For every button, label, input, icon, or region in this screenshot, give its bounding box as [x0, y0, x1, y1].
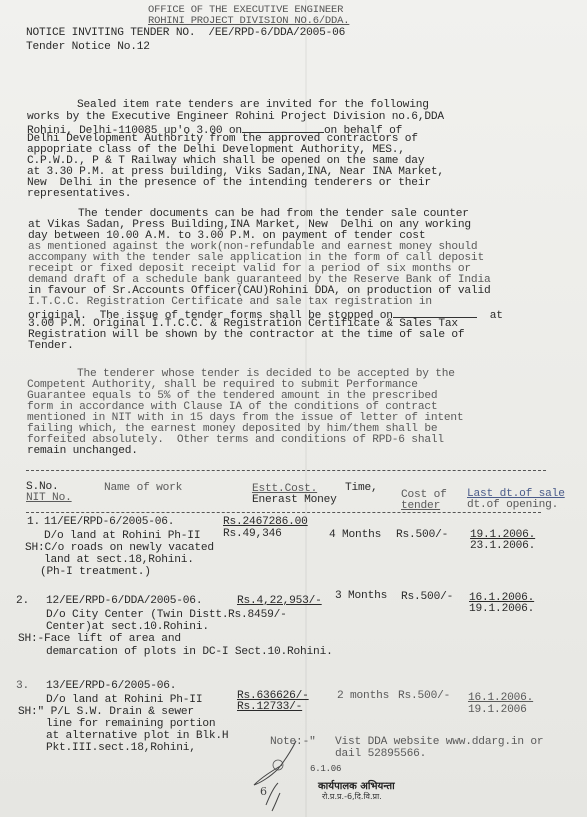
- row-time: 4 Months: [329, 530, 381, 542]
- p1-line: Sealed item rate tenders are invited for…: [77, 100, 429, 112]
- row-earnest-money: Rs.12733/-: [237, 702, 302, 714]
- row-nit-no: 13/EE/RPD-6/2005-06.: [46, 681, 176, 693]
- row-sno: 1.: [27, 517, 40, 529]
- date-blank: [393, 308, 477, 318]
- table-top-rule: [26, 470, 546, 471]
- p2-line: I.T.C.C. Registration Certificate and sa…: [28, 297, 432, 309]
- row-earnest-money: Rs.49,346: [223, 529, 282, 541]
- note-line: dail 52895566.: [335, 749, 426, 761]
- row-work-line: SH:-Face lift of area and: [18, 634, 181, 646]
- nit-number: NOTICE INVITING TENDER NO. /EE/RPD-6/DDA…: [26, 28, 345, 40]
- p1-line: works by the Executive Engineer Rohini P…: [27, 112, 444, 124]
- header-name-of-work: Name of work: [104, 483, 182, 495]
- row-work-line: land at sect.18,Rohini.: [44, 555, 194, 567]
- stamp-title: कार्यपालक अभियन्ता: [318, 778, 395, 792]
- row-work-line: demarcation of plots in DC-I Sect.10.Roh…: [46, 647, 333, 659]
- row-nit-no: 11/EE/RPD-6/2005-06.: [44, 517, 174, 529]
- header-nit-no: NIT No.: [26, 493, 72, 505]
- p2-line-text: at: [490, 310, 503, 322]
- row-earnest-money: Rs.8459/-: [228, 610, 287, 622]
- row-work-line: at alternative plot in Blk.H: [46, 731, 228, 743]
- row-time: 3 Months: [335, 591, 387, 603]
- row-work-line: Center)at sect.10.Rohini.: [46, 622, 209, 634]
- row-work-line: line for remaining portion: [46, 719, 215, 731]
- row-date-opening: 19.1.2006: [468, 705, 527, 717]
- row-work-line: SH:" P/L S.W. Drain & sewer: [18, 707, 194, 719]
- row-work-line: (Ph-I treatment.): [40, 567, 151, 579]
- division-title: ROHINI PROJECT DIVISION NO.6/DDA.: [148, 16, 349, 28]
- row-work-line: D/o land at Rohini Ph-II: [46, 695, 202, 707]
- header-date-opening: dt.of opening.: [467, 500, 558, 512]
- row-nit-no: 12/EE/RPD-6/DDA/2005-06.: [46, 596, 202, 608]
- p2-line: Tender.: [28, 341, 74, 353]
- signature-icon: 6: [248, 737, 328, 815]
- tender-notice-number: Tender Notice No.12: [26, 42, 150, 54]
- row-sno: 2.: [16, 596, 29, 608]
- row-last-date-sale: 16.1.2006.: [468, 693, 533, 705]
- handwritten-date-text: 6.1.06: [310, 764, 341, 776]
- row-sno: 3.: [16, 681, 29, 693]
- row-date-opening: 19.1.2006.: [469, 604, 534, 616]
- row-work-line: D/o land at Rohini Ph-II: [44, 531, 200, 543]
- header-earnest-money: Enerast Money: [252, 495, 337, 507]
- row-time: 2 months: [337, 691, 389, 703]
- row-cost-of-tender: Rs.500/-: [398, 691, 450, 703]
- row-cost-of-tender: Rs.500/-: [401, 592, 453, 604]
- note-line: Vist DDA website www.ddarg.in or: [335, 737, 543, 749]
- row-estt-cost: Rs.4,22,953/-: [237, 596, 322, 608]
- row-work-line: D/o City Center (Twin Distt.: [46, 610, 228, 622]
- table-header-rule: [26, 512, 541, 513]
- header-cost-of-tender-2: tender: [401, 501, 440, 513]
- row-work-line: Pkt.III.sect.18,Rohini,: [46, 743, 196, 755]
- p2-line: Registration will be shown by the contra…: [28, 330, 464, 342]
- date-blank: [242, 123, 324, 133]
- row-cost-of-tender: Rs.500/-: [396, 530, 448, 542]
- p1-line: representatives.: [27, 189, 131, 201]
- row-date-opening: 23.1.2006.: [470, 541, 535, 553]
- document-page: OFFICE OF THE EXECUTIVE ENGINEER ROHINI …: [0, 0, 587, 817]
- handwritten-date: 6: [260, 785, 267, 798]
- row-work-line: SH:C/o roads on newly vacated: [25, 543, 214, 555]
- p3-line: remain unchanged.: [27, 446, 138, 458]
- header-time: Time,: [345, 483, 378, 495]
- row-estt-cost: Rs.2467286.00: [223, 517, 308, 529]
- stamp-subtitle: रो.प्र.प्र.-6,दि.वि.प्रा.: [322, 791, 382, 802]
